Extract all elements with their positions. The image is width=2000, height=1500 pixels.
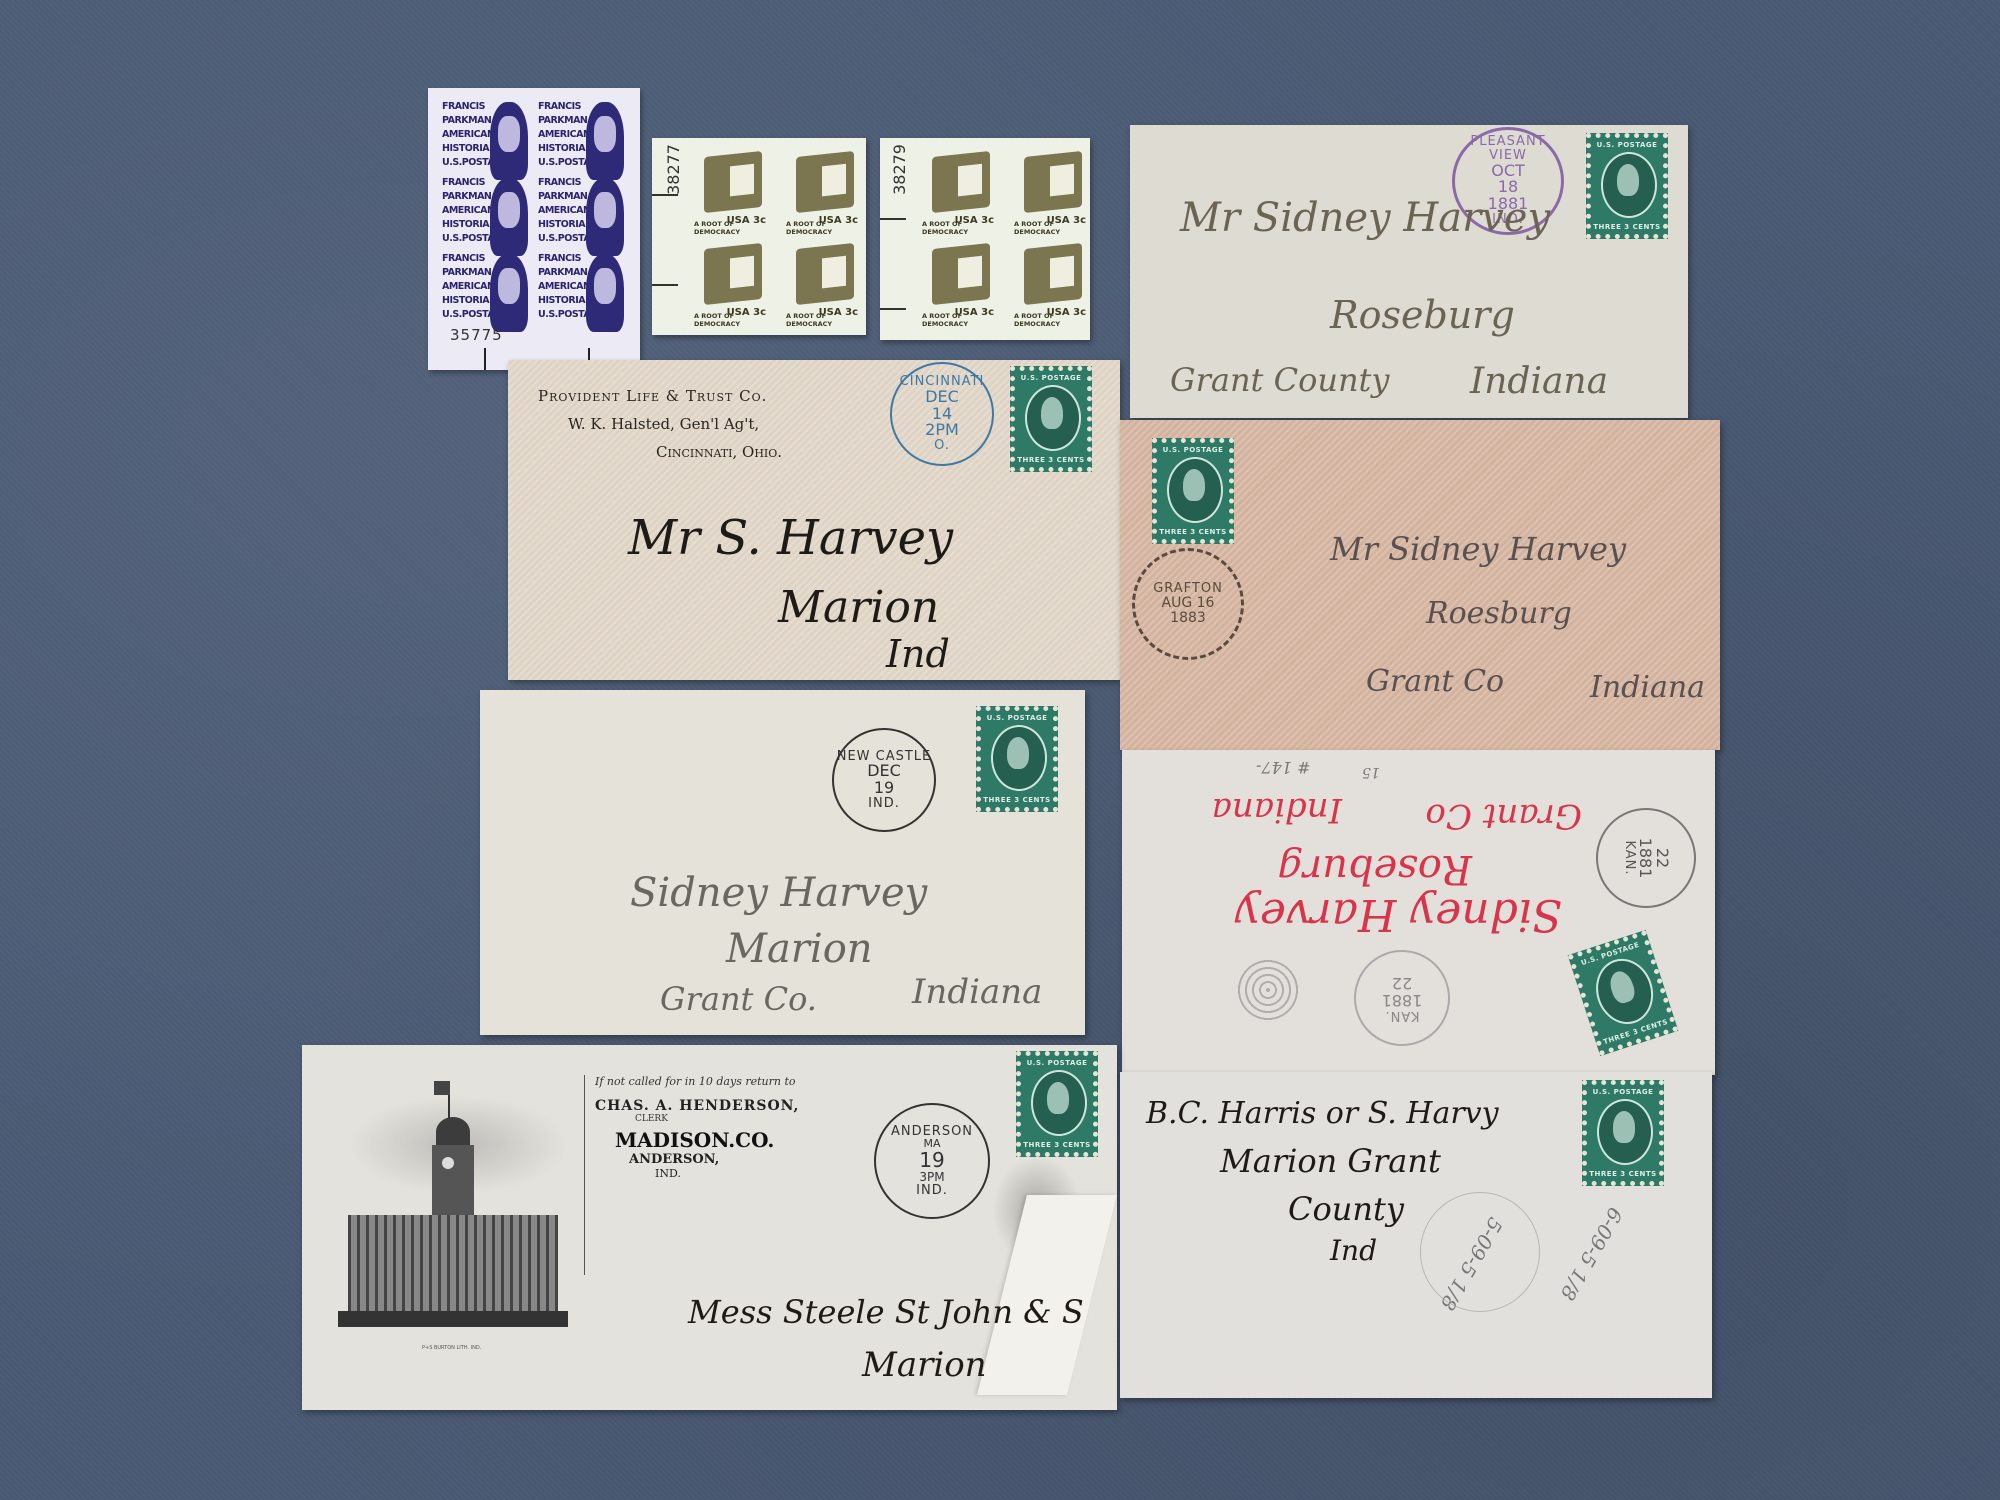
gutter-mark <box>880 308 906 310</box>
address-line: Grant Co <box>1366 664 1504 699</box>
stamp-text: FRANCISPARKMANAMERICANHISTORIANU.S.POSTA… <box>442 100 486 170</box>
ballot-box-icon <box>796 151 854 213</box>
address-line: Roseburg <box>1330 293 1515 337</box>
corner-card: Provident Life & Trust Co. W. K. Halsted… <box>538 382 782 466</box>
plate-number: 38279 <box>890 144 909 195</box>
address-line: Indiana <box>1470 361 1608 402</box>
engraver-credit: P+S BURTON LITH. IND. <box>422 1345 481 1351</box>
stamp-label: U.S. POSTAGE <box>1157 446 1229 454</box>
ballot-box-icon <box>796 243 854 305</box>
address-line: Grant Co <box>1425 796 1582 836</box>
washington-3c-stamp: U.S. POSTAGETHREE 3 CENTS <box>1010 366 1092 472</box>
gutter-mark <box>652 284 678 286</box>
cover-grafton: U.S. POSTAGETHREE 3 CENTS GRAFTON AUG 16… <box>1120 420 1720 750</box>
parkman-stamp: FRANCISPARKMANAMERICANHISTORIANU.S.POSTA… <box>536 250 628 338</box>
address-line: Grant County <box>1170 361 1389 399</box>
stamp-text: FRANCISPARKMANAMERICANHISTORIANU.S.POSTA… <box>538 100 582 170</box>
portrait-icon <box>1007 737 1029 769</box>
corner-card: If not called for in 10 days return to C… <box>584 1075 845 1275</box>
postmark-cincinnati: CINCINNATI DEC 14 2PM O. <box>890 362 994 466</box>
portrait-icon <box>586 254 624 332</box>
gutter-mark <box>484 348 486 370</box>
upside-down-address: Sidney Harvey Roseburg Grant Co Indiana <box>1142 770 1582 940</box>
address-line: Grant Co. <box>660 980 817 1018</box>
washington-3c-stamp: U.S. POSTAGETHREE 3 CENTS <box>976 706 1058 812</box>
ballot-box-stamp: USA 3cA ROOT OF DEMOCRACY <box>1000 146 1096 240</box>
parkman-stamp: FRANCISPARKMANAMERICANHISTORIANU.S.POSTA… <box>440 174 532 262</box>
parkman-stamp: FRANCISPARKMANAMERICANHISTORIANU.S.POSTA… <box>536 98 628 186</box>
address-line: Indiana <box>912 972 1042 1012</box>
portrait-icon <box>1613 1111 1635 1143</box>
portrait-icon <box>490 102 528 180</box>
address-line: County <box>1288 1190 1404 1228</box>
washington-3c-stamp: U.S. POSTAGETHREE 3 CENTS <box>1568 930 1679 1056</box>
stamp-caption: A ROOT OF DEMOCRACY <box>922 220 1004 236</box>
postmark-grafton: GRAFTON AUG 16 1883 <box>1132 548 1244 660</box>
address-line: Marion <box>726 926 873 972</box>
postmark-new-castle: NEW CASTLE DEC 19 IND. <box>832 728 936 832</box>
address-line: Marion <box>778 582 939 633</box>
portrait-icon <box>490 178 528 256</box>
stamp-label: U.S. POSTAGE <box>981 714 1053 722</box>
cover-provident-life: Provident Life & Trust Co. W. K. Halsted… <box>508 360 1120 680</box>
address-line: B.C. Harris or S. Harvy <box>1146 1096 1499 1131</box>
stamp-label: THREE 3 CENTS <box>1587 1170 1659 1178</box>
ballot-box-icon <box>1024 151 1082 213</box>
ballot-box-stamp: USA 3cA ROOT OF DEMOCRACY <box>680 146 776 240</box>
address-line: Mr S. Harvey <box>628 510 953 566</box>
address-line: Mess Steele St John & S <box>688 1293 1084 1331</box>
stamp-label: U.S. POSTAGE <box>1021 1059 1093 1067</box>
ballot-box-icon <box>704 151 762 213</box>
stamp-label: THREE 3 CENTS <box>1015 456 1087 464</box>
stamp-text: FRANCISPARKMANAMERICANHISTORIANU.S.POSTA… <box>442 176 486 246</box>
address-line: Ind <box>886 632 950 676</box>
address-line: Marion <box>862 1345 987 1385</box>
cover-new-castle: NEW CASTLE DEC 19 IND. U.S. POSTAGETHREE… <box>480 690 1085 1035</box>
address-line: Mr Sidney Harvey <box>1330 530 1626 568</box>
address-line: Mr Sidney Harvey <box>1180 195 1550 241</box>
address-line: Roesburg <box>1426 596 1572 631</box>
stamp-label: THREE 3 CENTS <box>1021 1141 1093 1149</box>
ballot-box-stamp: USA 3cA ROOT OF DEMOCRACY <box>908 146 1004 240</box>
stamp-text: FRANCISPARKMANAMERICANHISTORIANU.S.POSTA… <box>442 252 486 322</box>
stamp-caption: A ROOT OF DEMOCRACY <box>1014 220 1096 236</box>
corner-card-agent: W. K. Halsted, Gen'l Ag't, <box>538 410 782 438</box>
stamp-text: FRANCISPARKMANAMERICANHISTORIANU.S.POSTA… <box>538 252 582 322</box>
ballot-box-stamp: USA 3cA ROOT OF DEMOCRACY <box>908 238 1004 332</box>
ballot-box-icon <box>932 151 990 213</box>
cover-kansas: # 147- 15 Sidney Harvey Roseburg Grant C… <box>1122 750 1715 1075</box>
ballot-box-stamp: USA 3cA ROOT OF DEMOCRACY <box>680 238 776 332</box>
plate-number: 35775 <box>450 326 503 344</box>
address-line: Roseburg <box>1278 846 1473 892</box>
stamp-caption: A ROOT OF DEMOCRACY <box>1014 312 1096 328</box>
gutter-mark <box>880 218 906 220</box>
washington-3c-stamp: U.S. POSTAGETHREE 3 CENTS <box>1582 1080 1664 1186</box>
stamp-caption: A ROOT OF DEMOCRACY <box>786 220 868 236</box>
courthouse-engraving <box>328 1075 578 1335</box>
address-line: Marion Grant <box>1220 1142 1441 1180</box>
portrait-icon <box>1041 397 1063 429</box>
ballot-box-stamp: USA 3cA ROOT OF DEMOCRACY <box>772 238 868 332</box>
ballot-box-icon <box>932 243 990 305</box>
stamp-caption: A ROOT OF DEMOCRACY <box>694 220 776 236</box>
address-line: Sidney Harvey <box>1235 889 1562 940</box>
parkman-stamp: FRANCISPARKMANAMERICANHISTORIANU.S.POSTA… <box>440 250 532 338</box>
parkman-plate-block: FRANCISPARKMANAMERICANHISTORIANU.S.POSTA… <box>428 88 640 370</box>
stamp-label: U.S. POSTAGE <box>1587 1088 1659 1096</box>
stamp-caption: A ROOT OF DEMOCRACY <box>694 312 776 328</box>
portrait-icon <box>490 254 528 332</box>
ballot-plate-block-1: 38277 USA 3cA ROOT OF DEMOCRACYUSA 3cA R… <box>652 138 866 335</box>
cover-pleasant-view: PLEASANT VIEW OCT 18 1881 IND. U.S. POST… <box>1130 125 1688 418</box>
gutter-mark <box>652 194 678 196</box>
target-cancel <box>1234 956 1302 1024</box>
portrait-icon <box>1047 1082 1069 1114</box>
stamp-caption: A ROOT OF DEMOCRACY <box>786 312 868 328</box>
stamp-label: THREE 3 CENTS <box>1591 223 1663 231</box>
address-line: Indiana <box>1212 790 1342 830</box>
ballot-box-stamp: USA 3cA ROOT OF DEMOCRACY <box>1000 238 1096 332</box>
address-line: Ind <box>1330 1234 1377 1267</box>
portrait-icon <box>586 102 624 180</box>
stamp-label: THREE 3 CENTS <box>981 796 1053 804</box>
address-line: Indiana <box>1590 670 1705 705</box>
washington-3c-stamp: U.S. POSTAGETHREE 3 CENTS <box>1586 133 1668 239</box>
ballot-box-icon <box>1024 243 1082 305</box>
portrait-icon <box>1183 469 1205 501</box>
ballot-box-icon <box>704 243 762 305</box>
corner-card-company: Provident Life & Trust Co. <box>538 382 782 410</box>
parkman-stamp: FRANCISPARKMANAMERICANHISTORIANU.S.POSTA… <box>536 174 628 262</box>
portrait-icon <box>586 178 624 256</box>
washington-3c-stamp: U.S. POSTAGETHREE 3 CENTS <box>1152 438 1234 544</box>
stamp-text: FRANCISPARKMANAMERICANHISTORIANU.S.POSTA… <box>538 176 582 246</box>
corner-card-city: Cincinnati, Ohio. <box>538 438 782 466</box>
stamp-caption: A ROOT OF DEMOCRACY <box>922 312 1004 328</box>
ballot-plate-block-2: 38279 USA 3cA ROOT OF DEMOCRACYUSA 3cA R… <box>880 138 1090 340</box>
stamp-label: U.S. POSTAGE <box>1591 141 1663 149</box>
stamp-label: U.S. POSTAGE <box>1015 374 1087 382</box>
cover-madison-co: P+S BURTON LITH. IND. If not called for … <box>302 1045 1117 1410</box>
stamp-label: THREE 3 CENTS <box>1157 528 1229 536</box>
portrait-icon <box>1617 164 1639 196</box>
pencil-note: 6-09-5 1/8 <box>1555 1203 1627 1304</box>
postmark-anderson: ANDERSON MA 19 3PM IND. <box>874 1103 990 1219</box>
postmark-kansas: 22 1881 KAN. <box>1596 808 1696 908</box>
postmark-kansas-receiving: KAN. 1881 22 <box>1354 950 1450 1046</box>
address-line: Sidney Harvey <box>630 870 927 916</box>
parkman-stamp: FRANCISPARKMANAMERICANHISTORIANU.S.POSTA… <box>440 98 532 186</box>
washington-3c-stamp: U.S. POSTAGETHREE 3 CENTS <box>1016 1051 1098 1157</box>
cover-harris: U.S. POSTAGETHREE 3 CENTS B.C. Harris or… <box>1120 1072 1712 1398</box>
ballot-box-stamp: USA 3cA ROOT OF DEMOCRACY <box>772 146 868 240</box>
